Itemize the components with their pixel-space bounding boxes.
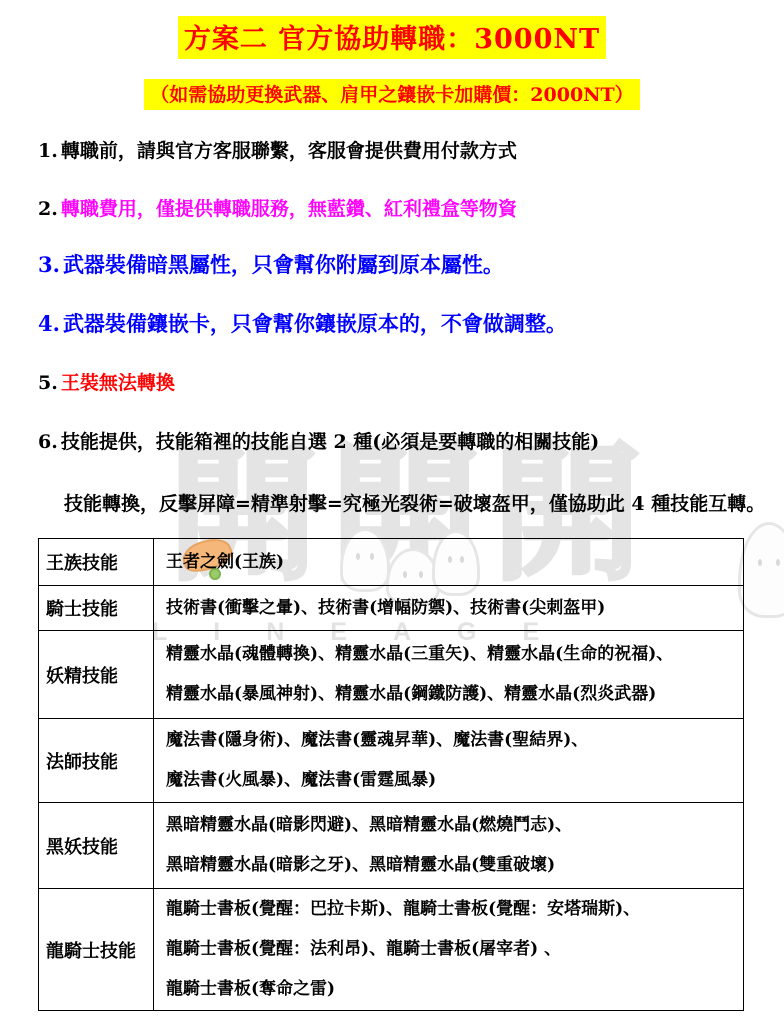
subtitle-row: （如需協助更換武器、肩甲之鑲嵌卡加購價：2000NT） [0,79,784,110]
table-row: 妖精技能 精靈水晶(魂體轉換)、精靈水晶(三重矢)、精靈水晶(生命的祝福)、 精… [39,631,744,719]
document-page: 開開開 LINEAGE 方案二 官方協助轉職：3000NT （如需協助更換武器、… [0,0,784,1029]
title-row: 方案二 官方協助轉職：3000NT [0,16,784,59]
skills-table: 王族技能 王者之劍(王族) 騎士技能 技術書(衝擊之暈)、技術書(增幅防禦)、技… [38,538,744,1011]
page-title: 方案二 官方協助轉職：3000NT [178,16,606,59]
row-content-line: 龍騎士書板(覺醒：巴拉卡斯)、龍騎士書板(覺醒：安塔瑞斯)、 [166,899,743,920]
table-row: 王族技能 王者之劍(王族) [39,539,744,586]
item-text: 武器裝備鑲嵌卡，只會幫你鑲嵌原本的，不會做調整。 [63,311,567,336]
note-line: 技能轉換，反擊屏障=精準射擊=究極光裂術=破壞盔甲，僅協助此 4 種技能互轉。 [64,489,774,516]
item-text: 轉職費用，僅提供轉職服務，無藍鑽、紅利禮盒等物資 [61,198,517,220]
row-content-line: 黑暗精靈水晶(暗影之牙)、黑暗精靈水晶(雙重破壞) [166,855,743,876]
row-label: 法師技能 [39,719,154,803]
row-content-line: 王者之劍(王族) [166,552,743,573]
row-content-line: 精靈水晶(暴風神射)、精靈水晶(鋼鐵防護)、精靈水晶(烈炎武器) [166,684,743,705]
item-text: 轉職前，請與官方客服聯繫，客服會提供費用付款方式 [61,140,517,162]
item-number: 2. [38,198,58,220]
list-item-3: 3.武器裝備暗黑屬性，只會幫你附屬到原本屬性。 [38,253,764,277]
row-label: 黑妖技能 [39,803,154,889]
page-subtitle: （如需協助更換武器、肩甲之鑲嵌卡加購價：2000NT） [144,79,639,110]
row-content-line: 龍騎士書板(覺醒：法利昂)、龍騎士書板(屠宰者) 、 [166,939,743,960]
row-content-line: 黑暗精靈水晶(暗影閃避)、黑暗精靈水晶(燃燒鬥志)、 [166,815,743,836]
item-number: 5. [38,372,58,394]
table-row: 龍騎士技能 龍騎士書板(覺醒：巴拉卡斯)、龍騎士書板(覺醒：安塔瑞斯)、 龍騎士… [39,889,744,1011]
list-item-6: 6.技能提供，技能箱裡的技能自選 2 種(必須是要轉職的相關技能) [38,430,764,454]
row-label: 妖精技能 [39,631,154,719]
item-number: 6. [38,431,58,453]
list-item-4: 4.武器裝備鑲嵌卡，只會幫你鑲嵌原本的，不會做調整。 [38,312,764,336]
table-row: 黑妖技能 黑暗精靈水晶(暗影閃避)、黑暗精靈水晶(燃燒鬥志)、 黑暗精靈水晶(暗… [39,803,744,889]
table-row: 法師技能 魔法書(隱身術)、魔法書(靈魂昇華)、魔法書(聖結界)、 魔法書(火風… [39,719,744,803]
row-content-line: 技術書(衝擊之暈)、技術書(增幅防禦)、技術書(尖刺盔甲) [166,598,743,619]
row-label: 龍騎士技能 [39,889,154,1011]
list-item-1: 1.轉職前，請與官方客服聯繫，客服會提供費用付款方式 [38,139,764,163]
table-row: 騎士技能 技術書(衝擊之暈)、技術書(增幅防禦)、技術書(尖刺盔甲) [39,586,744,631]
item-text: 技能提供，技能箱裡的技能自選 2 種(必須是要轉職的相關技能) [61,431,599,453]
row-content-line: 魔法書(隱身術)、魔法書(靈魂昇華)、魔法書(聖結界)、 [166,730,743,751]
row-content-line: 精靈水晶(魂體轉換)、精靈水晶(三重矢)、精靈水晶(生命的祝福)、 [166,644,743,665]
item-text: 武器裝備暗黑屬性，只會幫你附屬到原本屬性。 [63,252,504,277]
document-content: 方案二 官方協助轉職：3000NT （如需協助更換武器、肩甲之鑲嵌卡加購價：20… [0,0,784,1029]
row-content-line: 魔法書(火風暴)、魔法書(雷霆風暴) [166,770,743,791]
item-number: 1. [38,140,58,162]
row-content-line: 龍騎士書板(奪命之雷) [166,979,743,1000]
list-item-5: 5.王裝無法轉換 [38,371,764,395]
item-number: 4. [38,311,60,336]
row-label: 騎士技能 [39,586,154,631]
item-text: 王裝無法轉換 [61,372,175,394]
list-item-2: 2.轉職費用，僅提供轉職服務，無藍鑽、紅利禮盒等物資 [38,197,764,221]
item-number: 3. [38,252,60,277]
row-label: 王族技能 [39,539,154,586]
